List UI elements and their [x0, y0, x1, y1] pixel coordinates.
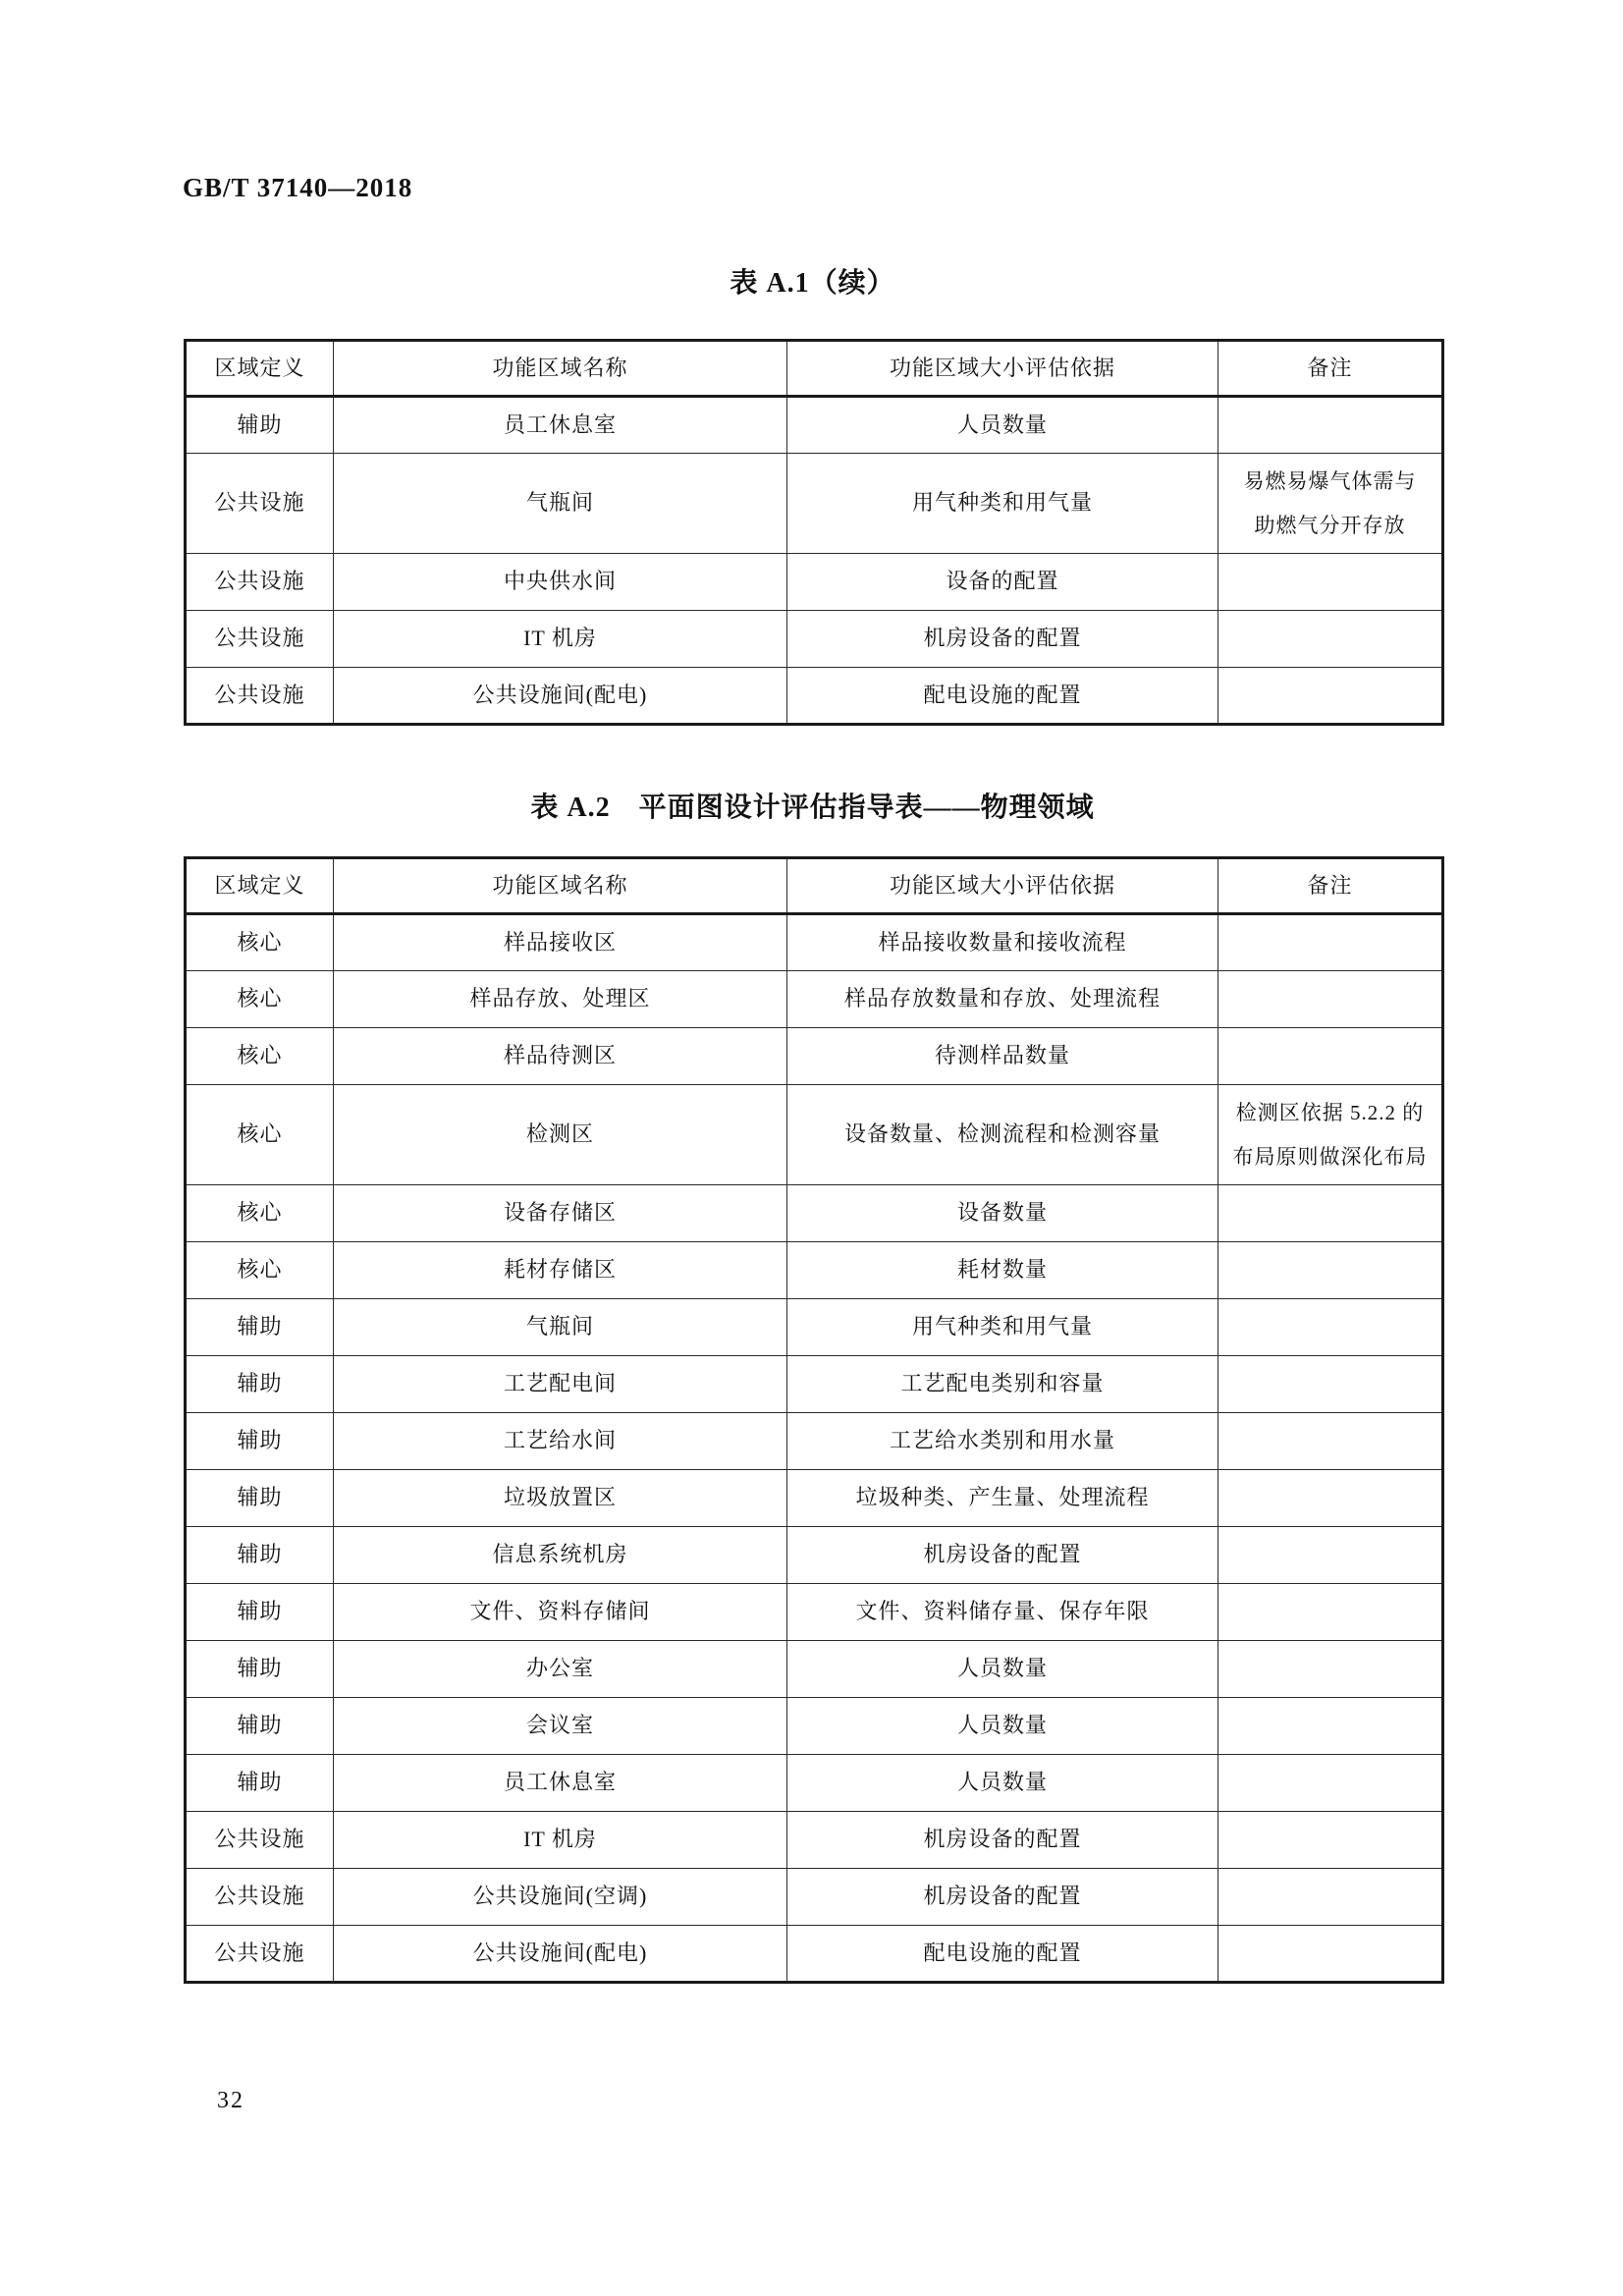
standard-number: GB/T 37140—2018 — [183, 173, 412, 203]
column-header: 功能区域名称 — [334, 341, 787, 397]
region-cell: 公共设施 — [186, 611, 334, 668]
remark-cell — [1218, 668, 1443, 725]
remark-cell — [1218, 1299, 1443, 1356]
area-name-cell: 中央供水间 — [334, 554, 787, 611]
table-row: 公共设施气瓶间用气种类和用气量易燃易爆气体需与 助燃气分开存放 — [186, 454, 1443, 554]
area-name-cell: 工艺给水间 — [334, 1413, 787, 1470]
region-cell: 核心 — [186, 914, 334, 971]
area-name-cell: 设备存储区 — [334, 1185, 787, 1242]
region-cell: 公共设施 — [186, 1812, 334, 1869]
region-cell: 辅助 — [186, 1527, 334, 1584]
column-header: 区域定义 — [186, 858, 334, 914]
remark-cell — [1218, 1413, 1443, 1470]
area-name-cell: 公共设施间(空调) — [334, 1869, 787, 1926]
size-basis-cell: 机房设备的配置 — [787, 1812, 1218, 1869]
size-basis-cell: 机房设备的配置 — [787, 1869, 1218, 1926]
table-row: 辅助工艺配电间工艺配电类别和容量 — [186, 1356, 1443, 1413]
size-basis-cell: 垃圾种类、产生量、处理流程 — [787, 1470, 1218, 1527]
area-name-cell: 文件、资料存储间 — [334, 1584, 787, 1641]
size-basis-cell: 样品接收数量和接收流程 — [787, 914, 1218, 971]
remark-cell — [1218, 397, 1443, 454]
table-row: 辅助文件、资料存储间文件、资料储存量、保存年限 — [186, 1584, 1443, 1641]
region-cell: 核心 — [186, 971, 334, 1028]
size-basis-cell: 人员数量 — [787, 1641, 1218, 1698]
area-name-cell: 检测区 — [334, 1085, 787, 1185]
remark-cell — [1218, 1527, 1443, 1584]
region-cell: 辅助 — [186, 1755, 334, 1812]
table-a1-title: 表 A.1（续） — [184, 261, 1441, 301]
region-cell: 公共设施 — [186, 554, 334, 611]
area-name-cell: 气瓶间 — [334, 1299, 787, 1356]
size-basis-cell: 人员数量 — [787, 1698, 1218, 1755]
remark-cell — [1218, 1185, 1443, 1242]
size-basis-cell: 用气种类和用气量 — [787, 1299, 1218, 1356]
column-header: 功能区域名称 — [334, 858, 787, 914]
remark-cell — [1218, 554, 1443, 611]
size-basis-cell: 人员数量 — [787, 1755, 1218, 1812]
remark-cell — [1218, 1470, 1443, 1527]
area-name-cell: 会议室 — [334, 1698, 787, 1755]
region-cell: 辅助 — [186, 1698, 334, 1755]
area-name-cell: 信息系统机房 — [334, 1527, 787, 1584]
column-header: 功能区域大小评估依据 — [787, 341, 1218, 397]
column-header: 功能区域大小评估依据 — [787, 858, 1218, 914]
area-name-cell: 样品待测区 — [334, 1028, 787, 1085]
region-cell: 辅助 — [186, 1584, 334, 1641]
table-row: 辅助办公室人员数量 — [186, 1641, 1443, 1698]
table-row: 辅助垃圾放置区垃圾种类、产生量、处理流程 — [186, 1470, 1443, 1527]
area-name-cell: 员工休息室 — [334, 1755, 787, 1812]
region-cell: 辅助 — [186, 1470, 334, 1527]
remark-cell — [1218, 1755, 1443, 1812]
table-row: 辅助会议室人员数量 — [186, 1698, 1443, 1755]
area-name-cell: 办公室 — [334, 1641, 787, 1698]
table-a2: 区域定义功能区域名称功能区域大小评估依据备注 核心样品接收区样品接收数量和接收流… — [184, 856, 1444, 1984]
remark-cell — [1218, 1641, 1443, 1698]
remark-cell — [1218, 611, 1443, 668]
area-name-cell: 员工休息室 — [334, 397, 787, 454]
region-cell: 辅助 — [186, 1641, 334, 1698]
remark-cell — [1218, 1584, 1443, 1641]
table-row: 公共设施IT 机房机房设备的配置 — [186, 1812, 1443, 1869]
region-cell: 公共设施 — [186, 1869, 334, 1926]
remark-cell — [1218, 914, 1443, 971]
remark-cell: 易燃易爆气体需与 助燃气分开存放 — [1218, 454, 1443, 554]
remark-cell — [1218, 1698, 1443, 1755]
table-row: 核心耗材存储区耗材数量 — [186, 1242, 1443, 1299]
size-basis-cell: 待测样品数量 — [787, 1028, 1218, 1085]
region-cell: 公共设施 — [186, 454, 334, 554]
region-cell: 辅助 — [186, 1413, 334, 1470]
table-a2-title: 表 A.2 平面图设计评估指导表——物理领域 — [184, 786, 1441, 825]
size-basis-cell: 耗材数量 — [787, 1242, 1218, 1299]
size-basis-cell: 文件、资料储存量、保存年限 — [787, 1584, 1218, 1641]
remark-cell — [1218, 1028, 1443, 1085]
region-cell: 公共设施 — [186, 1926, 334, 1983]
size-basis-cell: 用气种类和用气量 — [787, 454, 1218, 554]
table-header-row: 区域定义功能区域名称功能区域大小评估依据备注 — [186, 341, 1443, 397]
table-row: 公共设施中央供水间设备的配置 — [186, 554, 1443, 611]
table-row: 辅助员工休息室人员数量 — [186, 397, 1443, 454]
region-cell: 核心 — [186, 1185, 334, 1242]
size-basis-cell: 设备的配置 — [787, 554, 1218, 611]
table-row: 核心样品存放、处理区样品存放数量和存放、处理流程 — [186, 971, 1443, 1028]
table-row: 公共设施IT 机房机房设备的配置 — [186, 611, 1443, 668]
column-header: 备注 — [1218, 858, 1443, 914]
size-basis-cell: 工艺配电类别和容量 — [787, 1356, 1218, 1413]
table-row: 核心检测区设备数量、检测流程和检测容量检测区依据 5.2.2 的 布局原则做深化… — [186, 1085, 1443, 1185]
region-cell: 辅助 — [186, 1356, 334, 1413]
table-row: 辅助工艺给水间工艺给水类别和用水量 — [186, 1413, 1443, 1470]
document-page: GB/T 37140—2018 表 A.1（续） 区域定义功能区域名称功能区域大… — [0, 0, 1623, 2296]
size-basis-cell: 设备数量 — [787, 1185, 1218, 1242]
remark-cell — [1218, 1869, 1443, 1926]
area-name-cell: 样品存放、处理区 — [334, 971, 787, 1028]
size-basis-cell: 工艺给水类别和用水量 — [787, 1413, 1218, 1470]
area-name-cell: IT 机房 — [334, 1812, 787, 1869]
area-name-cell: 耗材存储区 — [334, 1242, 787, 1299]
remark-cell — [1218, 971, 1443, 1028]
region-cell: 公共设施 — [186, 668, 334, 725]
area-name-cell: 工艺配电间 — [334, 1356, 787, 1413]
region-cell: 核心 — [186, 1085, 334, 1185]
table-row: 公共设施公共设施间(配电)配电设施的配置 — [186, 1926, 1443, 1983]
table-row: 公共设施公共设施间(配电)配电设施的配置 — [186, 668, 1443, 725]
column-header: 区域定义 — [186, 341, 334, 397]
size-basis-cell: 人员数量 — [787, 397, 1218, 454]
table-row: 核心样品接收区样品接收数量和接收流程 — [186, 914, 1443, 971]
remark-cell: 检测区依据 5.2.2 的 布局原则做深化布局 — [1218, 1085, 1443, 1185]
size-basis-cell: 配电设施的配置 — [787, 668, 1218, 725]
remark-cell — [1218, 1926, 1443, 1983]
remark-cell — [1218, 1242, 1443, 1299]
size-basis-cell: 样品存放数量和存放、处理流程 — [787, 971, 1218, 1028]
column-header: 备注 — [1218, 341, 1443, 397]
size-basis-cell: 机房设备的配置 — [787, 1527, 1218, 1584]
table-row: 核心样品待测区待测样品数量 — [186, 1028, 1443, 1085]
page-number: 32 — [217, 2088, 244, 2114]
table-row: 核心设备存储区设备数量 — [186, 1185, 1443, 1242]
area-name-cell: 公共设施间(配电) — [334, 668, 787, 725]
area-name-cell: 样品接收区 — [334, 914, 787, 971]
table-row: 辅助气瓶间用气种类和用气量 — [186, 1299, 1443, 1356]
size-basis-cell: 设备数量、检测流程和检测容量 — [787, 1085, 1218, 1185]
table-a1: 区域定义功能区域名称功能区域大小评估依据备注 辅助员工休息室人员数量公共设施气瓶… — [184, 339, 1444, 726]
remark-cell — [1218, 1812, 1443, 1869]
region-cell: 辅助 — [186, 1299, 334, 1356]
table-row: 公共设施公共设施间(空调)机房设备的配置 — [186, 1869, 1443, 1926]
region-cell: 核心 — [186, 1028, 334, 1085]
table-header-row: 区域定义功能区域名称功能区域大小评估依据备注 — [186, 858, 1443, 914]
table-row: 辅助员工休息室人员数量 — [186, 1755, 1443, 1812]
area-name-cell: 公共设施间(配电) — [334, 1926, 787, 1983]
table-row: 辅助信息系统机房机房设备的配置 — [186, 1527, 1443, 1584]
region-cell: 辅助 — [186, 397, 334, 454]
area-name-cell: IT 机房 — [334, 611, 787, 668]
size-basis-cell: 配电设施的配置 — [787, 1926, 1218, 1983]
remark-cell — [1218, 1356, 1443, 1413]
area-name-cell: 垃圾放置区 — [334, 1470, 787, 1527]
area-name-cell: 气瓶间 — [334, 454, 787, 554]
size-basis-cell: 机房设备的配置 — [787, 611, 1218, 668]
region-cell: 核心 — [186, 1242, 334, 1299]
